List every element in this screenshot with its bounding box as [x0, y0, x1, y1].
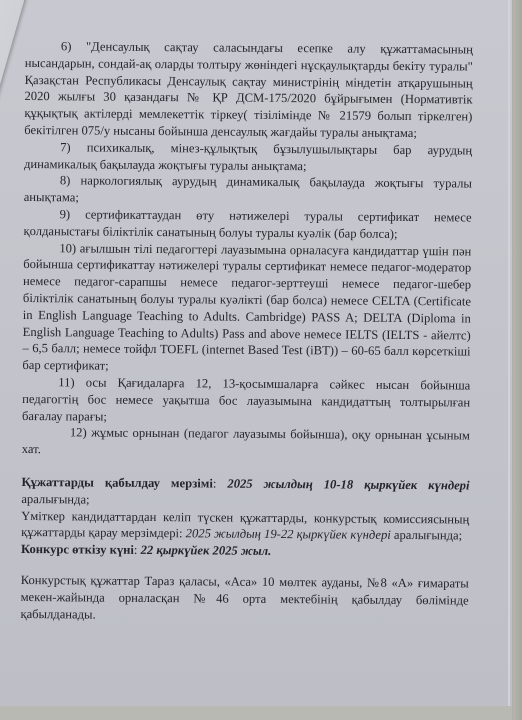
item-text: ағылшын тілі педагогтері лауазымына орна…: [22, 241, 471, 373]
list-item-12: 12) жұмыс орнынан (педагог лауазымы бойы…: [22, 424, 470, 461]
list-item-6: 6) "Денсаулық сақтау саласындағы есепке …: [24, 38, 473, 142]
acceptance-suffix: аралығында;: [21, 492, 89, 507]
acceptance-dates: 2025 жылдың 10-18 қыркүйек күндері: [227, 477, 469, 493]
acceptance-period: Құжаттарды қабылдау мерзімі: 2025 жылдың…: [21, 474, 469, 511]
paper-edge: [508, 0, 510, 712]
list-item-11: 11) осы Қағидаларға 12, 13-қосымшаларға …: [22, 374, 470, 428]
submission-address: Конкурстық құжаттар Тараз қаласы, «Аса» …: [20, 572, 468, 626]
item-number: 6): [61, 39, 72, 53]
background-surface-bottom: [0, 706, 512, 720]
review-dates: 2025 жылдың 19-22 қыркүйек күндері: [186, 527, 391, 543]
item-text: "Денсаулық сақтау саласындағы есепке алу…: [24, 39, 473, 140]
list-item-9: 9) сертификаттаудан өту нәтижелері турал…: [23, 206, 471, 243]
item-text: сертификаттаудан өту нәтижелері туралы с…: [23, 207, 471, 240]
acceptance-label: Құжаттарды қабылдау мерзімі: [21, 475, 213, 491]
item-number: 12): [70, 426, 87, 440]
item-text: наркологиялық аурудың динамикалық бақыла…: [24, 174, 472, 205]
list-item-7: 7) психикалық, мінез-құлықтық бұзылушылы…: [24, 139, 472, 176]
contest-date: 22 қыркүйек 2025 жыл.: [141, 543, 272, 558]
item-number: 7): [60, 140, 71, 154]
list-item-8: 8) наркологиялық аурудың динамикалық бақ…: [24, 172, 472, 209]
item-number: 9): [60, 207, 71, 221]
review-suffix: аралығында;: [394, 528, 462, 543]
review-period: Үміткер кандидаттардан келіп түскен құжа…: [21, 508, 469, 545]
list-item-10: 10) ағылшын тілі педагогтері лауазымына …: [22, 240, 471, 378]
item-text: осы Қағидаларға 12, 13-қосымшаларға сәйк…: [22, 375, 470, 423]
item-number: 8): [60, 174, 71, 188]
item-number: 11): [58, 375, 74, 389]
contest-date-line: Конкурс өткізу күні: 22 қыркүйек 2025 жы…: [21, 541, 469, 561]
document-body: 6) "Денсаулық сақтау саласындағы есепке …: [20, 38, 473, 626]
item-text: жұмыс орнынан (педагог лауазымы бойынша)…: [22, 426, 470, 456]
item-number: 10): [59, 241, 76, 255]
item-text: психикалық, мінез-құлықтық бұзылушылықта…: [24, 140, 472, 173]
contest-label: Конкурс өткізу күні: [21, 542, 134, 557]
